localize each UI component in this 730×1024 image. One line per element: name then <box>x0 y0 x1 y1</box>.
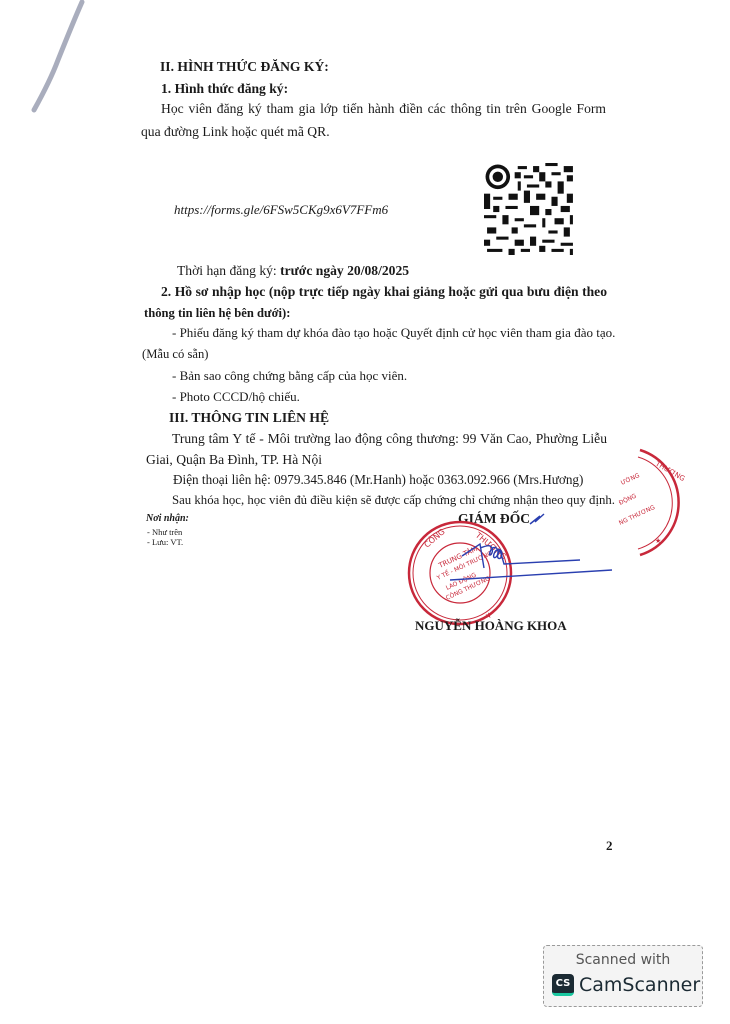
instruction-line-1: Học viên đăng ký tham gia lớp tiến hành … <box>161 101 606 117</box>
scan-artifact-edge <box>30 0 90 120</box>
subsection-2-heading-line-1: 2. Hồ sơ nhập học (nộp trực tiếp ngày kh… <box>161 284 607 300</box>
document-item-1: - Phiếu đăng ký tham dự khóa đào tạo hoặ… <box>172 325 615 341</box>
subsection-1-heading: 1. Hình thức đăng ký: <box>161 81 288 97</box>
subsection-2-heading-line-2: thông tin liên hệ bên dưới): <box>144 305 290 321</box>
instruction-line-2: qua đường Link hoặc quét mã QR. <box>141 124 330 140</box>
deadline-line: Thời hạn đăng ký: trước ngày 20/08/2025 <box>177 263 409 279</box>
watermark-top-text: Scanned with <box>544 952 702 968</box>
document-page: II. HÌNH THỨC ĐĂNG KÝ: 1. Hình thức đăng… <box>0 0 730 1024</box>
camscanner-logo-icon: CS <box>552 974 574 996</box>
svg-text:ĐỘNG: ĐỘNG <box>618 492 638 506</box>
document-item-1-note: (Mẫu có sẵn) <box>142 346 208 362</box>
svg-text:★: ★ <box>655 537 661 545</box>
svg-text:ƯỜNG: ƯỜNG <box>620 472 641 487</box>
contact-phone: Điện thoại liên hệ: 0979.345.846 (Mr.Han… <box>173 472 583 488</box>
recipients-label: Nơi nhận: <box>146 513 189 525</box>
page-number: 2 <box>606 838 613 854</box>
section-2-heading: II. HÌNH THỨC ĐĂNG KÝ: <box>160 59 329 75</box>
deadline-value: trước ngày 20/08/2025 <box>280 263 409 278</box>
document-item-2: - Bản sao công chứng bằng cấp của học vi… <box>172 368 407 384</box>
contact-address-line-1: Trung tâm Y tế - Môi trường lao động côn… <box>172 431 607 447</box>
signature-mark <box>440 508 620 588</box>
svg-text:THƯƠNG: THƯƠNG <box>653 459 686 483</box>
section-3-heading: III. THÔNG TIN LIÊN HỆ <box>169 410 329 426</box>
deadline-label: Thời hạn đăng ký: <box>177 263 280 278</box>
recipient-item-1: - Như trên <box>147 527 182 537</box>
contact-address-line-2: Giai, Quận Ba Đình, TP. Hà Nội <box>146 452 322 468</box>
signer-name: NGUYỄN HOÀNG KHOA <box>415 618 567 634</box>
registration-link[interactable]: https://forms.gle/6FSw5CKg9x6V7FFm6 <box>174 202 388 218</box>
document-item-3: - Photo CCCD/hộ chiếu. <box>172 389 300 405</box>
recipient-item-2: - Lưu: VT. <box>147 537 183 547</box>
certificate-note: Sau khóa học, học viên đủ điều kiện sẽ đ… <box>172 492 615 508</box>
qr-code[interactable] <box>484 163 576 255</box>
camscanner-watermark: Scanned with CS CamScanner <box>543 945 703 1007</box>
svg-text:NG THƯƠNG: NG THƯƠNG <box>618 504 657 527</box>
watermark-brand: CamScanner <box>579 974 700 996</box>
